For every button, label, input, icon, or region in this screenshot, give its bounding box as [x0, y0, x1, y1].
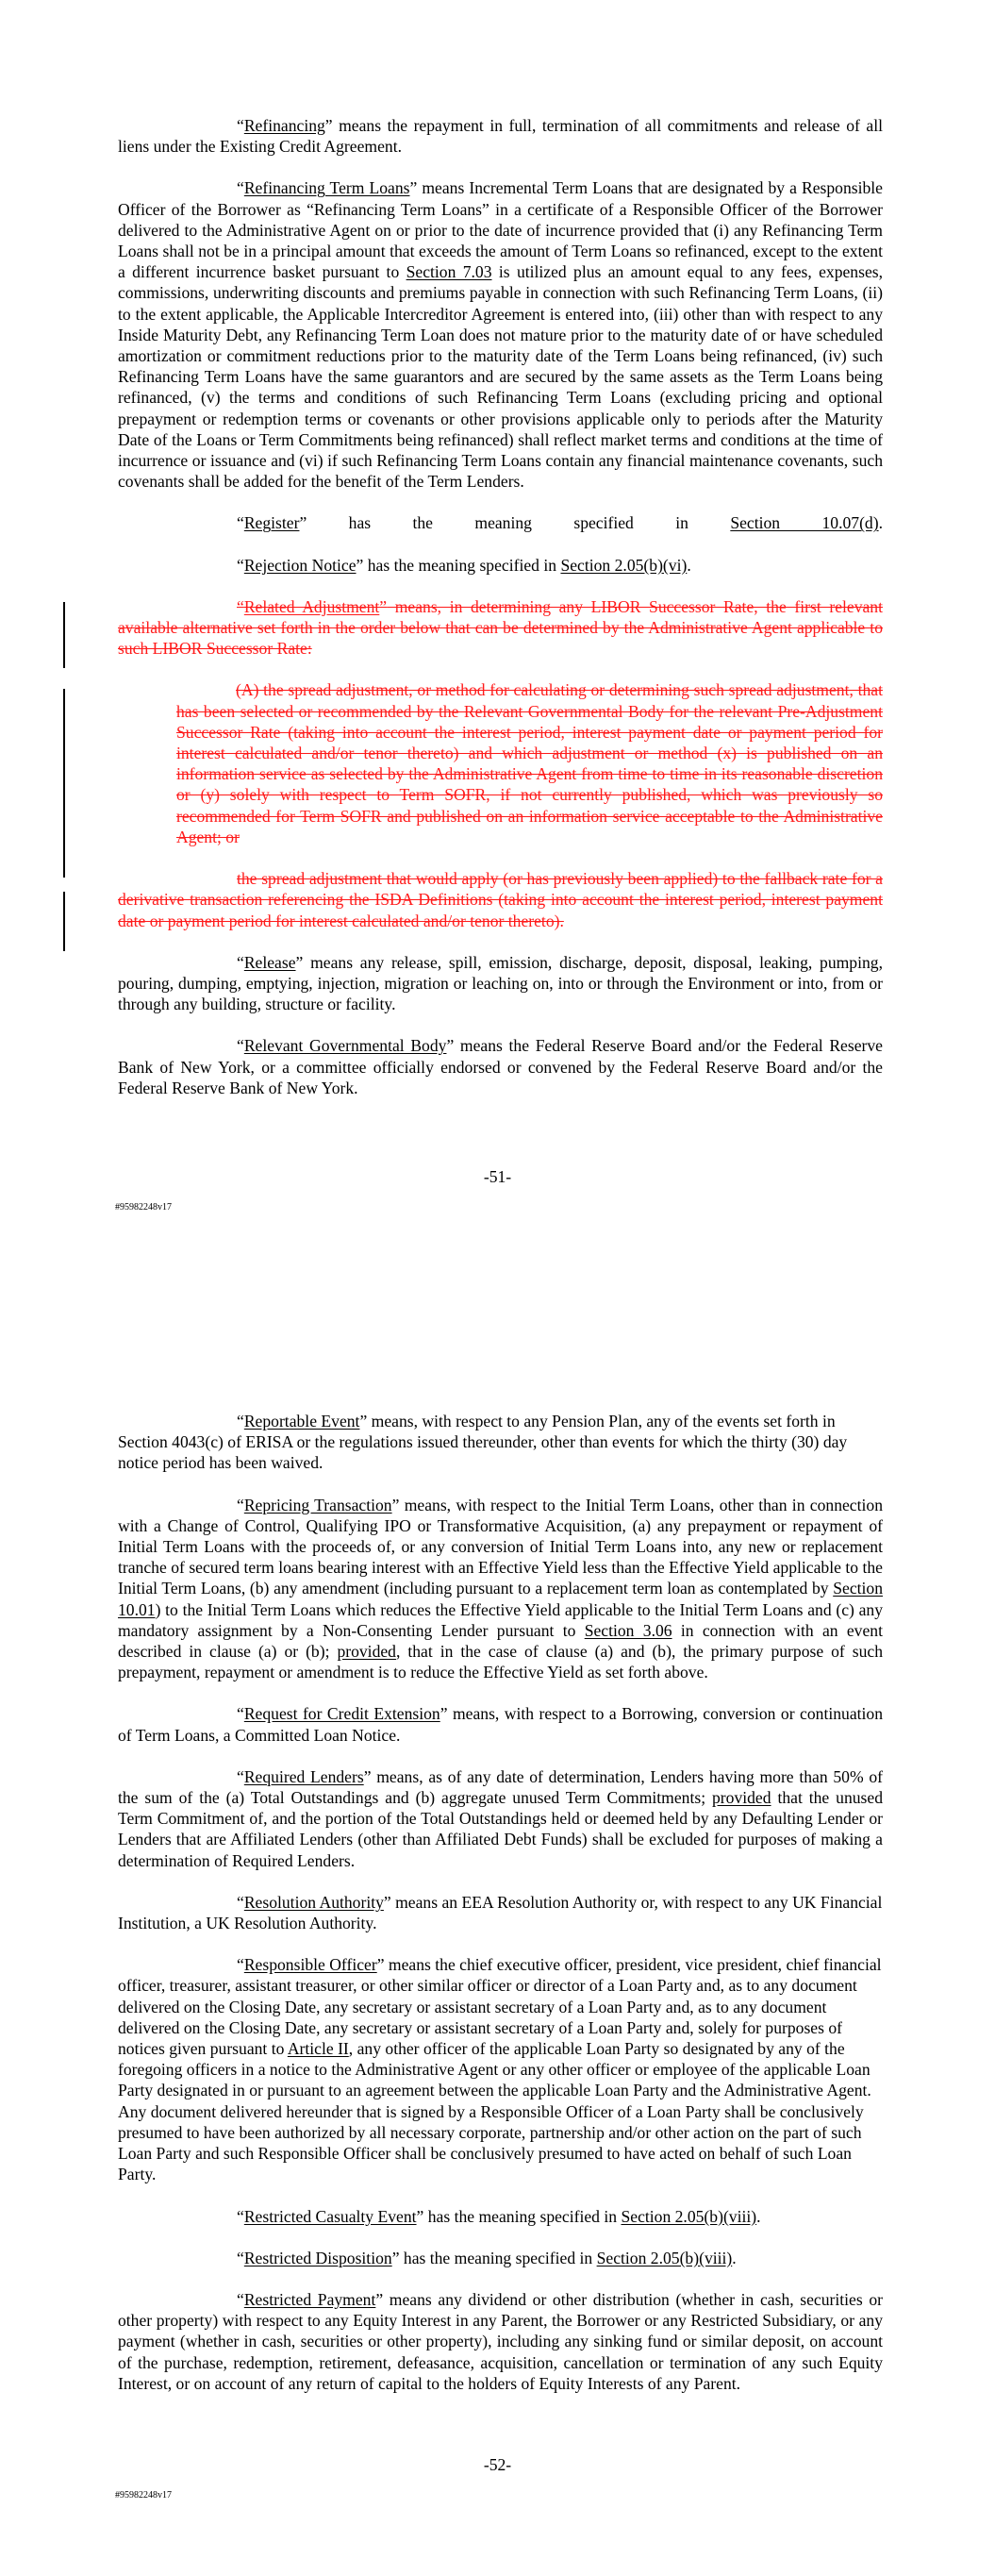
section-reference: Section 2.05(b)(vi) [560, 556, 687, 575]
change-bar [63, 892, 65, 951]
definition-text: means any dividend or other distribution… [118, 2290, 883, 2393]
defined-term: Restricted Casualty Event [244, 2207, 417, 2226]
definition-text: means, with respect to any Pension Plan,… [118, 1412, 847, 1472]
open-quote: “ [237, 116, 244, 135]
document-page-51: “Refinancing” means the repayment in ful… [0, 0, 995, 1288]
close-quote: ” [375, 2290, 383, 2309]
definition-text: means, with respect to the Initial Term … [118, 1496, 883, 1598]
document-page-52: “Reportable Event” means, with respect t… [0, 1288, 995, 2576]
definition-restricted-disposition: “Restricted Disposition” has the meaning… [118, 2248, 883, 2268]
defined-term: Required Lenders [244, 1767, 364, 1786]
definition-text: has the meaning specified in [363, 556, 560, 575]
close-quote: ” [364, 1767, 372, 1786]
close-quote: ” [379, 597, 387, 616]
definition-restricted-casualty-event: “Restricted Casualty Event” has the mean… [118, 2206, 883, 2227]
definition-refinancing-term-loans: “Refinancing Term Loans” means Increment… [118, 177, 883, 492]
period: . [687, 556, 690, 575]
page-body: “Refinancing” means the repayment in ful… [118, 115, 883, 1119]
defined-term: Resolution Authority [244, 1893, 384, 1912]
definition-text: has the meaning specified in [423, 2207, 621, 2226]
open-quote: “ [237, 513, 244, 532]
deleted-definition-related-adjustment: “Related Adjustment” means, in determini… [118, 596, 883, 660]
page-number: -52- [0, 2455, 995, 2475]
document-id: #95982248v17 [115, 2490, 172, 2501]
deleted-clause-a: (A) the spread adjustment, or method for… [176, 679, 883, 847]
open-quote: “ [237, 953, 244, 972]
defined-term: Restricted Payment [244, 2290, 376, 2309]
defined-term: Register [244, 513, 300, 532]
definition-text: has the meaning specified in [400, 2249, 597, 2267]
open-quote: “ [237, 1036, 244, 1055]
definition-text: is utilized plus an amount equal to any … [118, 262, 883, 491]
definition-text: means, with respect to a Borrowing, conv… [118, 1704, 883, 1744]
definition-register: “Register” has the meaning specified in … [118, 512, 883, 533]
defined-term: Related Adjustment [244, 597, 379, 616]
definition-responsible-officer: “Responsible Officer” means the chief ex… [118, 1954, 883, 2184]
open-quote: “ [237, 1767, 244, 1786]
page-number: -51- [0, 1167, 995, 1187]
definition-text: has the meaning specified in [307, 513, 730, 532]
definition-resolution-authority: “Resolution Authority” means an EEA Reso… [118, 1892, 883, 1933]
definition-text: means the Federal Reserve Board and/or t… [118, 1036, 883, 1096]
definition-rejection-notice: “Rejection Notice” has the meaning speci… [118, 555, 883, 576]
defined-term: Release [244, 953, 296, 972]
change-bar [63, 689, 65, 878]
section-reference: Section 10.07(d) [730, 513, 878, 532]
close-quote: ” [325, 116, 333, 135]
definition-required-lenders: “Required Lenders” means, as of any date… [118, 1766, 883, 1871]
open-quote: “ [237, 1955, 244, 1974]
open-quote: “ [237, 597, 244, 616]
open-quote: “ [237, 556, 244, 575]
definition-text: , any other officer of the applicable Lo… [118, 2039, 871, 2183]
defined-term: Relevant Governmental Body [244, 1036, 447, 1055]
open-quote: “ [237, 2249, 244, 2267]
definition-restricted-payment: “Restricted Payment” means any dividend … [118, 2289, 883, 2394]
open-quote: “ [237, 2290, 244, 2309]
proviso: provided [712, 1788, 771, 1807]
section-reference: Section 3.06 [585, 1621, 672, 1640]
defined-term: Rejection Notice [244, 556, 357, 575]
clause-text: (A) the spread adjustment, or method for… [176, 680, 883, 845]
definition-release: “Release” means any release, spill, emis… [118, 952, 883, 1015]
open-quote: “ [237, 2207, 244, 2226]
open-quote: “ [237, 1412, 244, 1430]
definition-text: means any release, spill, emission, disc… [118, 953, 883, 1013]
open-quote: “ [237, 1496, 244, 1514]
definition-request-for-credit-extension: “Request for Credit Extension” means, wi… [118, 1703, 883, 1745]
close-quote: ” [440, 1704, 448, 1723]
defined-term: Request for Credit Extension [244, 1704, 440, 1723]
defined-term: Responsible Officer [244, 1955, 377, 1974]
definition-refinancing: “Refinancing” means the repayment in ful… [118, 115, 883, 157]
definition-relevant-governmental-body: “Relevant Governmental Body” means the F… [118, 1035, 883, 1098]
open-quote: “ [237, 178, 244, 197]
proviso: provided [337, 1642, 396, 1661]
close-quote: ” [377, 1955, 385, 1974]
period: . [756, 2207, 760, 2226]
definition-text: means the repayment in full, termination… [118, 116, 883, 156]
section-reference: Section 2.05(b)(viii) [621, 2207, 756, 2226]
open-quote: “ [237, 1893, 244, 1912]
defined-term: Refinancing [244, 116, 325, 135]
section-reference: Section 2.05(b)(viii) [597, 2249, 733, 2267]
close-quote: ” [384, 1893, 391, 1912]
section-reference: Section 7.03 [406, 262, 492, 281]
period: . [732, 2249, 736, 2267]
page-body: “Reportable Event” means, with respect t… [118, 1411, 883, 2415]
defined-term: Refinancing Term Loans [244, 178, 410, 197]
defined-term: Repricing Transaction [244, 1496, 392, 1514]
open-quote: “ [237, 1704, 244, 1723]
clause-text: the spread adjustment that would apply (… [118, 869, 883, 929]
definition-text: means an EEA Resolution Authority or, wi… [118, 1893, 882, 1932]
change-bar [63, 602, 65, 668]
definition-reportable-event: “Reportable Event” means, with respect t… [118, 1411, 883, 1474]
document-id: #95982248v17 [115, 1202, 172, 1213]
close-quote: ” [392, 2249, 400, 2267]
definition-text: means, in determining any LIBOR Successo… [118, 597, 883, 658]
article-reference: Article II [288, 2039, 349, 2058]
defined-term: Reportable Event [244, 1412, 360, 1430]
deleted-clause-b: the spread adjustment that would apply (… [118, 868, 883, 931]
period: . [879, 513, 883, 532]
defined-term: Restricted Disposition [244, 2249, 392, 2267]
definition-repricing-transaction: “Repricing Transaction” means, with resp… [118, 1495, 883, 1683]
